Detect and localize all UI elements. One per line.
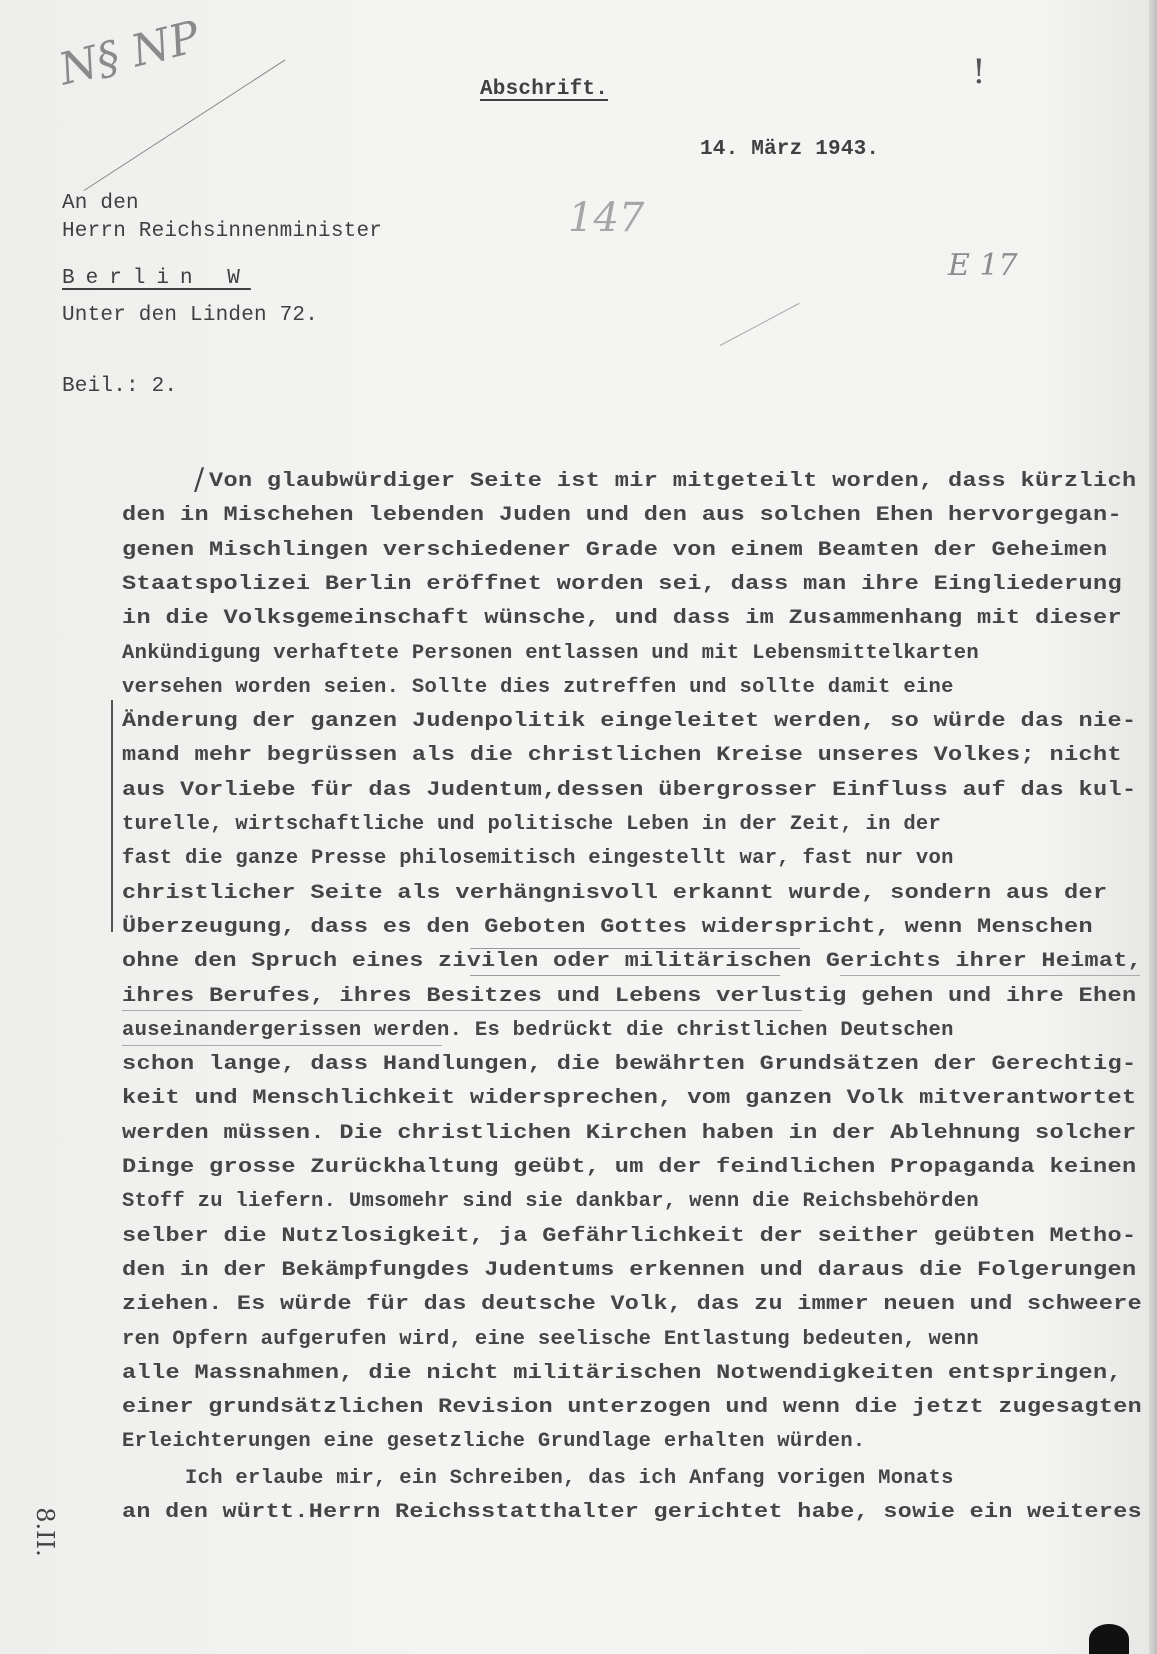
body-line: Ich erlaube mir, ein Schreiben, das ich … [122,1467,954,1490]
recipient-salutation: An den [62,192,139,215]
body-line: turelle, wirtschaftliche und politische … [122,813,941,836]
body-line: ren Opfern aufgerufen wird, eine seelisc… [122,1328,979,1351]
pencil-underline [470,975,780,976]
handwritten-file-mark: E 17 [948,248,1018,283]
body-line: keit und Menschlichkeit widersprechen, v… [122,1087,1136,1110]
pencil-underline [470,948,800,949]
handwritten-number-mark: 147 [568,195,644,241]
page-edge-shadow [1149,0,1157,1654]
body-line: auseinandergerissen werden. Es bedrückt … [122,1019,954,1042]
body-line: Erleichterungen eine gesetzliche Grundla… [122,1430,866,1453]
recipient-city: Berlin W [62,267,251,290]
pencil-underline [840,975,1140,976]
body-line: ihres Berufes, ihres Besitzes und Lebens… [122,985,1136,1008]
body-line: werden müssen. Die christlichen Kirchen … [122,1122,1136,1145]
handwritten-initials: N§ NP [54,12,205,96]
body-line: selber die Nutzlosigkeit, ja Gefährlichk… [122,1225,1136,1248]
body-line: schon lange, dass Handlungen, die bewähr… [122,1053,1136,1076]
body-line: Änderung der ganzen Judenpolitik eingele… [122,710,1136,733]
body-line: Überzeugung, dass es den Geboten Gottes … [122,916,1093,939]
document-page: N§ NP ! 147 E 17 8.II. Abschrift. 14. Mä… [0,0,1157,1654]
body-line: den in der Bekämpfungdes Judentums erken… [122,1259,1136,1282]
body-line: einer grundsätzlichen Revision unterzoge… [122,1396,1142,1419]
handwritten-exclamation: ! [972,52,986,92]
body-line: christlicher Seite als verhängnisvoll er… [122,882,1107,905]
pencil-underline [122,1010,802,1011]
handwritten-margin-note: 8.II. [31,1507,59,1557]
body-line: genen Mischlingen verschiedener Grade vo… [122,539,1107,562]
enclosures: Beil.: 2. [62,375,177,398]
document-title: Abschrift. [480,78,608,101]
body-line: ziehen. Es würde für das deutsche Volk, … [122,1293,1142,1316]
margin-mark-line [111,700,113,932]
body-line: Ankündigung verhaftete Personen entlasse… [122,642,979,665]
body-line: fast die ganze Presse philosemitisch ein… [122,847,954,870]
body-line: an den württ.Herrn Reichsstatthalter ger… [122,1501,1142,1524]
body-line: den in Mischehen lebenden Juden und den … [122,504,1122,527]
body-line: Staatspolizei Berlin eröffnet worden sei… [122,573,1122,596]
recipient-name: Herrn Reichsinnenminister [62,220,382,243]
body-line: aus Vorliebe für das Judentum,dessen übe… [122,779,1136,802]
pencil-stroke-small [720,303,800,346]
body-line: ohne den Spruch eines zivilen oder milit… [122,950,1142,973]
body-line: Dinge grosse Zurückhaltung geübt, um der… [122,1156,1136,1179]
document-date: 14. März 1943. [700,138,879,161]
recipient-street: Unter den Linden 72. [62,304,318,327]
body-line: mand mehr begrüssen als die christlichen… [122,744,1122,767]
body-line: Von glaubwürdiger Seite ist mir mitgetei… [122,470,1136,493]
body-line: versehen worden seien. Sollte dies zutre… [122,676,954,699]
ink-blot [1089,1624,1129,1654]
body-line: in die Volksgemeinschaft wünsche, und da… [122,607,1122,630]
body-line: Stoff zu liefern. Umsomehr sind sie dank… [122,1190,979,1213]
pencil-underline [122,1045,442,1046]
body-line: alle Massnahmen, die nicht militärischen… [122,1362,1122,1385]
